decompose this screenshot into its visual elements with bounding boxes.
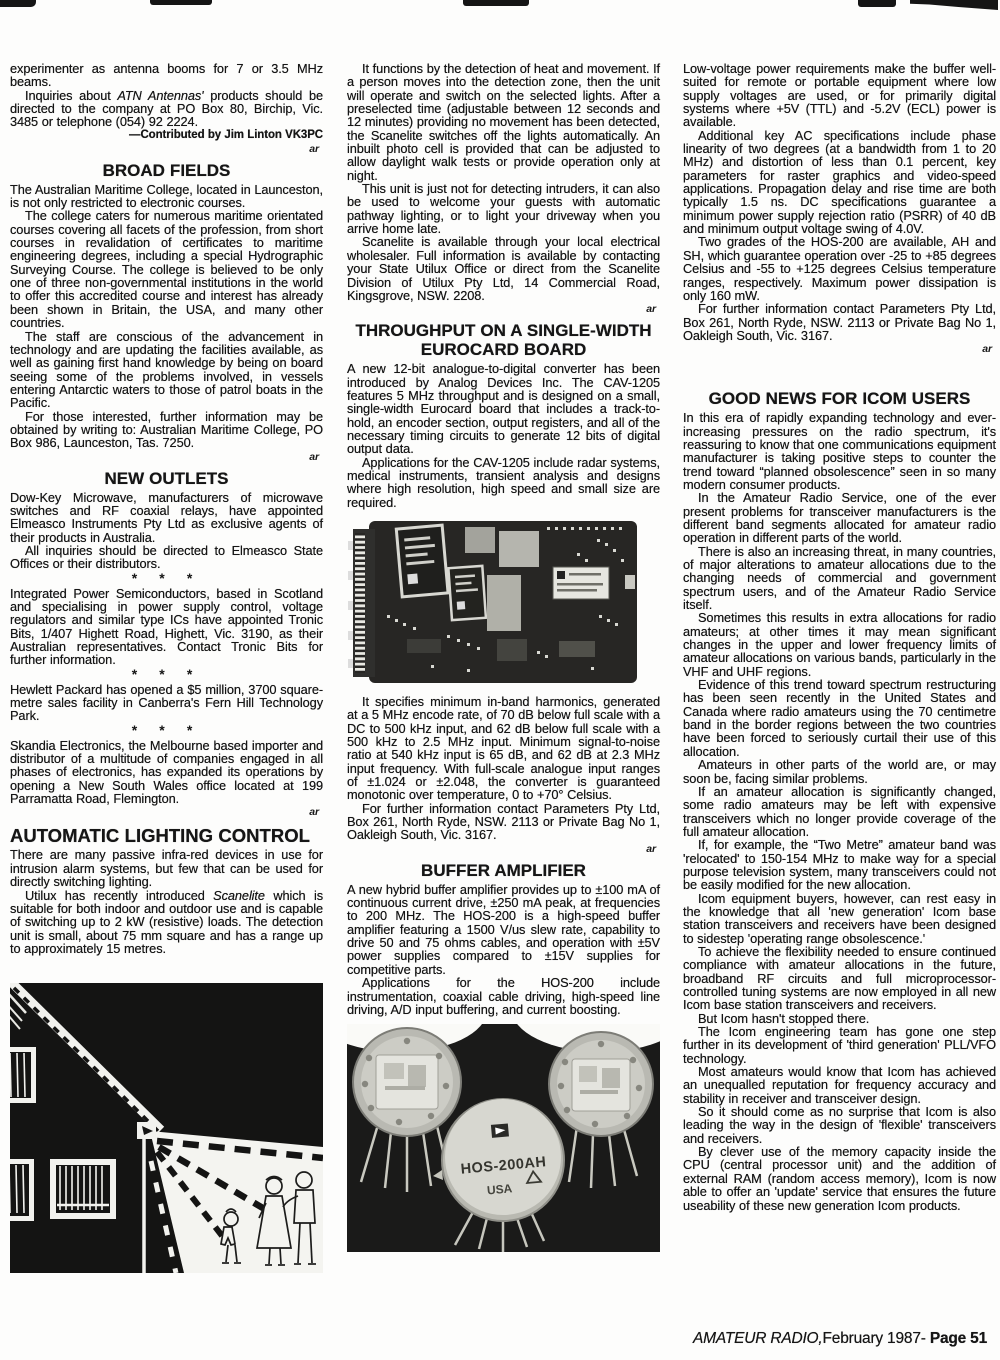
paragraph: If an amateur allocation is significantl… bbox=[683, 785, 996, 838]
window bbox=[10, 1159, 34, 1221]
ic-chip bbox=[497, 639, 527, 661]
scan-artifact bbox=[910, 0, 998, 10]
end-of-article-mark: ar bbox=[347, 843, 660, 855]
paragraph: Skandia Electronics, the Melbourne based… bbox=[10, 739, 323, 806]
text-run: Additional key AC specifications include… bbox=[683, 128, 996, 236]
figure-scanelite-house-illustration bbox=[10, 983, 323, 1273]
text-run: For those interested, further informatio… bbox=[10, 409, 323, 451]
article-heading: BROAD FIELDS bbox=[10, 161, 323, 180]
stars-separator: * * * bbox=[10, 724, 323, 737]
text-run: Applications for the CAV-1205 include ra… bbox=[347, 455, 660, 510]
stars-separator: * * * bbox=[10, 668, 323, 681]
paragraph: All inquiries should be directed to Elme… bbox=[10, 544, 323, 571]
paragraph: A new 12-bit analogue-to-digital convert… bbox=[347, 362, 660, 455]
text-run: If, for example, the “Two Metre” amateur… bbox=[683, 837, 996, 892]
paragraph: Icom equipment buyers, however, can rest… bbox=[683, 892, 996, 945]
paragraph: This unit is just not for detecting intr… bbox=[347, 182, 660, 235]
paragraph: For further information contact Paramete… bbox=[347, 802, 660, 842]
article-heading: AUTOMATIC LIGHTING CONTROL bbox=[10, 826, 323, 845]
text-run: Two grades of the HOS-200 are available,… bbox=[683, 234, 996, 302]
text-run: In this era of rapidly expanding technol… bbox=[683, 410, 996, 492]
text-run: Scanelite is available through your loca… bbox=[347, 234, 660, 302]
end-of-article-mark: ar bbox=[347, 303, 660, 315]
paragraph: For further information contact Paramete… bbox=[683, 302, 996, 342]
text-run: A new 12-bit analogue-to-digital convert… bbox=[347, 361, 660, 456]
component-label bbox=[396, 525, 448, 597]
circuit-board-photo bbox=[347, 519, 660, 691]
paragraph: Additional key AC specifications include… bbox=[683, 129, 996, 236]
end-of-article-mark: ar bbox=[10, 806, 323, 818]
text-run: There is also an increasing threat, in m… bbox=[683, 544, 996, 612]
end-of-article-mark: ar bbox=[10, 451, 323, 463]
paragraph: Dow-Key Microwave, manufacturers of micr… bbox=[10, 491, 323, 544]
figure-hos200-cans-photo: HOS-200AH USA bbox=[347, 1024, 660, 1252]
text-run: The Icom engineering team has gone one s… bbox=[683, 1024, 996, 1066]
article-heading: BUFFER AMPLIFIER bbox=[347, 861, 660, 880]
window bbox=[10, 1047, 36, 1103]
text-run: experimenter as antenna booms for 7 or 3… bbox=[10, 61, 323, 89]
paragraph: Amateurs in other parts of the world are… bbox=[683, 758, 996, 785]
text-run: All inquiries should be directed to Elme… bbox=[10, 543, 323, 571]
stars-separator: * * * bbox=[10, 572, 323, 585]
window bbox=[50, 1159, 116, 1219]
column-middle: It functions by the detection of heat an… bbox=[347, 62, 660, 1252]
text-run: This unit is just not for detecting intr… bbox=[347, 181, 660, 236]
paragraph: There is also an increasing threat, in m… bbox=[683, 545, 996, 612]
text-run: By clever use of the memory capacity ins… bbox=[683, 1144, 996, 1212]
scan-artifact bbox=[463, 0, 529, 6]
spacer bbox=[683, 357, 996, 383]
ic-chip bbox=[465, 527, 495, 553]
paragraph: The staff are conscious of the advanceme… bbox=[10, 330, 323, 410]
text-run: Skandia Electronics, the Melbourne based… bbox=[10, 738, 323, 806]
text-run: Hewlett Packard has opened a $5 million,… bbox=[10, 682, 323, 724]
paragraph: By clever use of the memory capacity ins… bbox=[683, 1145, 996, 1212]
house-night-illustration bbox=[10, 983, 323, 1273]
end-of-article-mark: ar bbox=[683, 343, 996, 355]
hybrid-amplifier-cans-photo: HOS-200AH USA bbox=[347, 1024, 660, 1252]
scan-artifact bbox=[150, 0, 212, 5]
text-run: Low-voltage power requirements make the … bbox=[683, 61, 996, 129]
paragraph: It specifies minimum in-band harmonics, … bbox=[347, 695, 660, 802]
paragraph: To achieve the flexibility needed to ens… bbox=[683, 945, 996, 1012]
text-run: Sometimes this results in extra allocati… bbox=[683, 610, 996, 678]
paragraph: In this era of rapidly expanding technol… bbox=[683, 411, 996, 491]
text-run: A new hybrid buffer amplifier provides u… bbox=[347, 882, 660, 977]
paragraph: Inquiries about ATN Antennas' products s… bbox=[10, 89, 323, 129]
article-heading: NEW OUTLETS bbox=[10, 469, 323, 488]
paragraph: There are many passive infra-red devices… bbox=[10, 848, 323, 888]
paragraph: Sometimes this results in extra allocati… bbox=[683, 611, 996, 678]
paragraph: experimenter as antenna booms for 7 or 3… bbox=[10, 62, 323, 89]
ic-chip bbox=[559, 641, 595, 657]
page-footer: AMATEUR RADIO,February 1987- Page 51 bbox=[660, 1330, 1000, 1348]
figure-cav1205-board-photo bbox=[347, 519, 660, 691]
paragraph: In the Amateur Radio Service, one of the… bbox=[683, 491, 996, 544]
paragraph: Utilux has recently introduced Scanelite… bbox=[10, 889, 323, 956]
device-label bbox=[553, 567, 609, 599]
paragraph: So it should come as no surprise that Ic… bbox=[683, 1105, 996, 1145]
text-run: Amateurs in other parts of the world are… bbox=[683, 757, 996, 785]
text-run: For further information contact Paramete… bbox=[683, 301, 996, 343]
article-heading: GOOD NEWS FOR ICOM USERS bbox=[683, 389, 996, 408]
issue-date: February 1987- bbox=[823, 1330, 930, 1347]
can-origin-label: USA bbox=[486, 1181, 513, 1197]
paragraph: Applications for the CAV-1205 include ra… bbox=[347, 456, 660, 509]
paragraph: If, for example, the “Two Metre” amateur… bbox=[683, 838, 996, 891]
text-run: Applications for the HOS-200 include ins… bbox=[347, 975, 660, 1017]
magazine-title: AMATEUR RADIO, bbox=[693, 1330, 823, 1347]
paragraph: Evidence of this trend toward spectrum r… bbox=[683, 678, 996, 758]
article-heading: THROUGHPUT ON A SINGLE-WIDTH EUROCARD BO… bbox=[347, 321, 660, 359]
page-number: Page 51 bbox=[930, 1330, 987, 1347]
paragraph: It functions by the detection of heat an… bbox=[347, 62, 660, 182]
paragraph: The Icom engineering team has gone one s… bbox=[683, 1025, 996, 1065]
column-right: Low-voltage power requirements make the … bbox=[683, 62, 996, 1212]
text-run: Evidence of this trend toward spectrum r… bbox=[683, 677, 996, 759]
solder-blob bbox=[625, 575, 635, 589]
text-run: In the Amateur Radio Service, one of the… bbox=[683, 490, 996, 545]
paragraph: For those interested, further informatio… bbox=[10, 410, 323, 450]
text-run: Dow-Key Microwave, manufacturers of micr… bbox=[10, 490, 323, 545]
text-run: The Australian Maritime College, located… bbox=[10, 182, 323, 210]
paragraph: Most amateurs would know that Icom has a… bbox=[683, 1065, 996, 1105]
column-left: experimenter as antenna booms for 7 or 3… bbox=[10, 62, 323, 1273]
text-run: Icom equipment buyers, however, can rest… bbox=[683, 891, 996, 946]
text-run: For further information contact Paramete… bbox=[347, 801, 660, 843]
paragraph: The college caters for numerous maritime… bbox=[10, 209, 323, 329]
ic-chip bbox=[487, 575, 521, 631]
scanelite-sensor bbox=[137, 1122, 156, 1139]
paragraph: Integrated Power Semiconductors, based i… bbox=[10, 587, 323, 667]
text-run: Integrated Power Semiconductors, based i… bbox=[10, 586, 323, 668]
paragraph: A new hybrid buffer amplifier provides u… bbox=[347, 883, 660, 976]
paragraph: But Icom hasn't stopped there. bbox=[683, 1012, 996, 1025]
text-run: So it should come as no surprise that Ic… bbox=[683, 1104, 996, 1146]
text-run: It functions by the detection of heat an… bbox=[347, 61, 660, 183]
text-run: There are many passive infra-red devices… bbox=[10, 847, 323, 889]
text-run: It specifies minimum in-band harmonics, … bbox=[347, 694, 660, 802]
ic-chip bbox=[407, 639, 441, 653]
text-run: The staff are conscious of the advanceme… bbox=[10, 329, 323, 411]
scan-artifact bbox=[858, 0, 896, 7]
paragraph: Low-voltage power requirements make the … bbox=[683, 62, 996, 129]
paragraph: Two grades of the HOS-200 are available,… bbox=[683, 235, 996, 302]
paragraph: The Australian Maritime College, located… bbox=[10, 183, 323, 210]
paragraph: Hewlett Packard has opened a $5 million,… bbox=[10, 683, 323, 723]
text-run: Most amateurs would know that Icom has a… bbox=[683, 1064, 996, 1106]
edge-connector bbox=[348, 529, 375, 677]
ic-chip bbox=[499, 531, 539, 567]
paragraph: Applications for the HOS-200 include ins… bbox=[347, 976, 660, 1016]
text-run: If an amateur allocation is significantl… bbox=[683, 784, 996, 839]
text-run: To achieve the flexibility needed to ens… bbox=[683, 944, 996, 1012]
text-run: The college caters for numerous maritime… bbox=[10, 208, 323, 330]
scan-artifact bbox=[0, 0, 36, 7]
magazine-page: experimenter as antenna booms for 7 or 3… bbox=[0, 0, 1000, 1360]
paragraph: Scanelite is available through your loca… bbox=[347, 235, 660, 302]
contributor-byline: —Contributed by Jim Linton VK3PC bbox=[10, 129, 323, 142]
end-of-article-mark: ar bbox=[10, 143, 323, 155]
component-label bbox=[448, 566, 486, 620]
